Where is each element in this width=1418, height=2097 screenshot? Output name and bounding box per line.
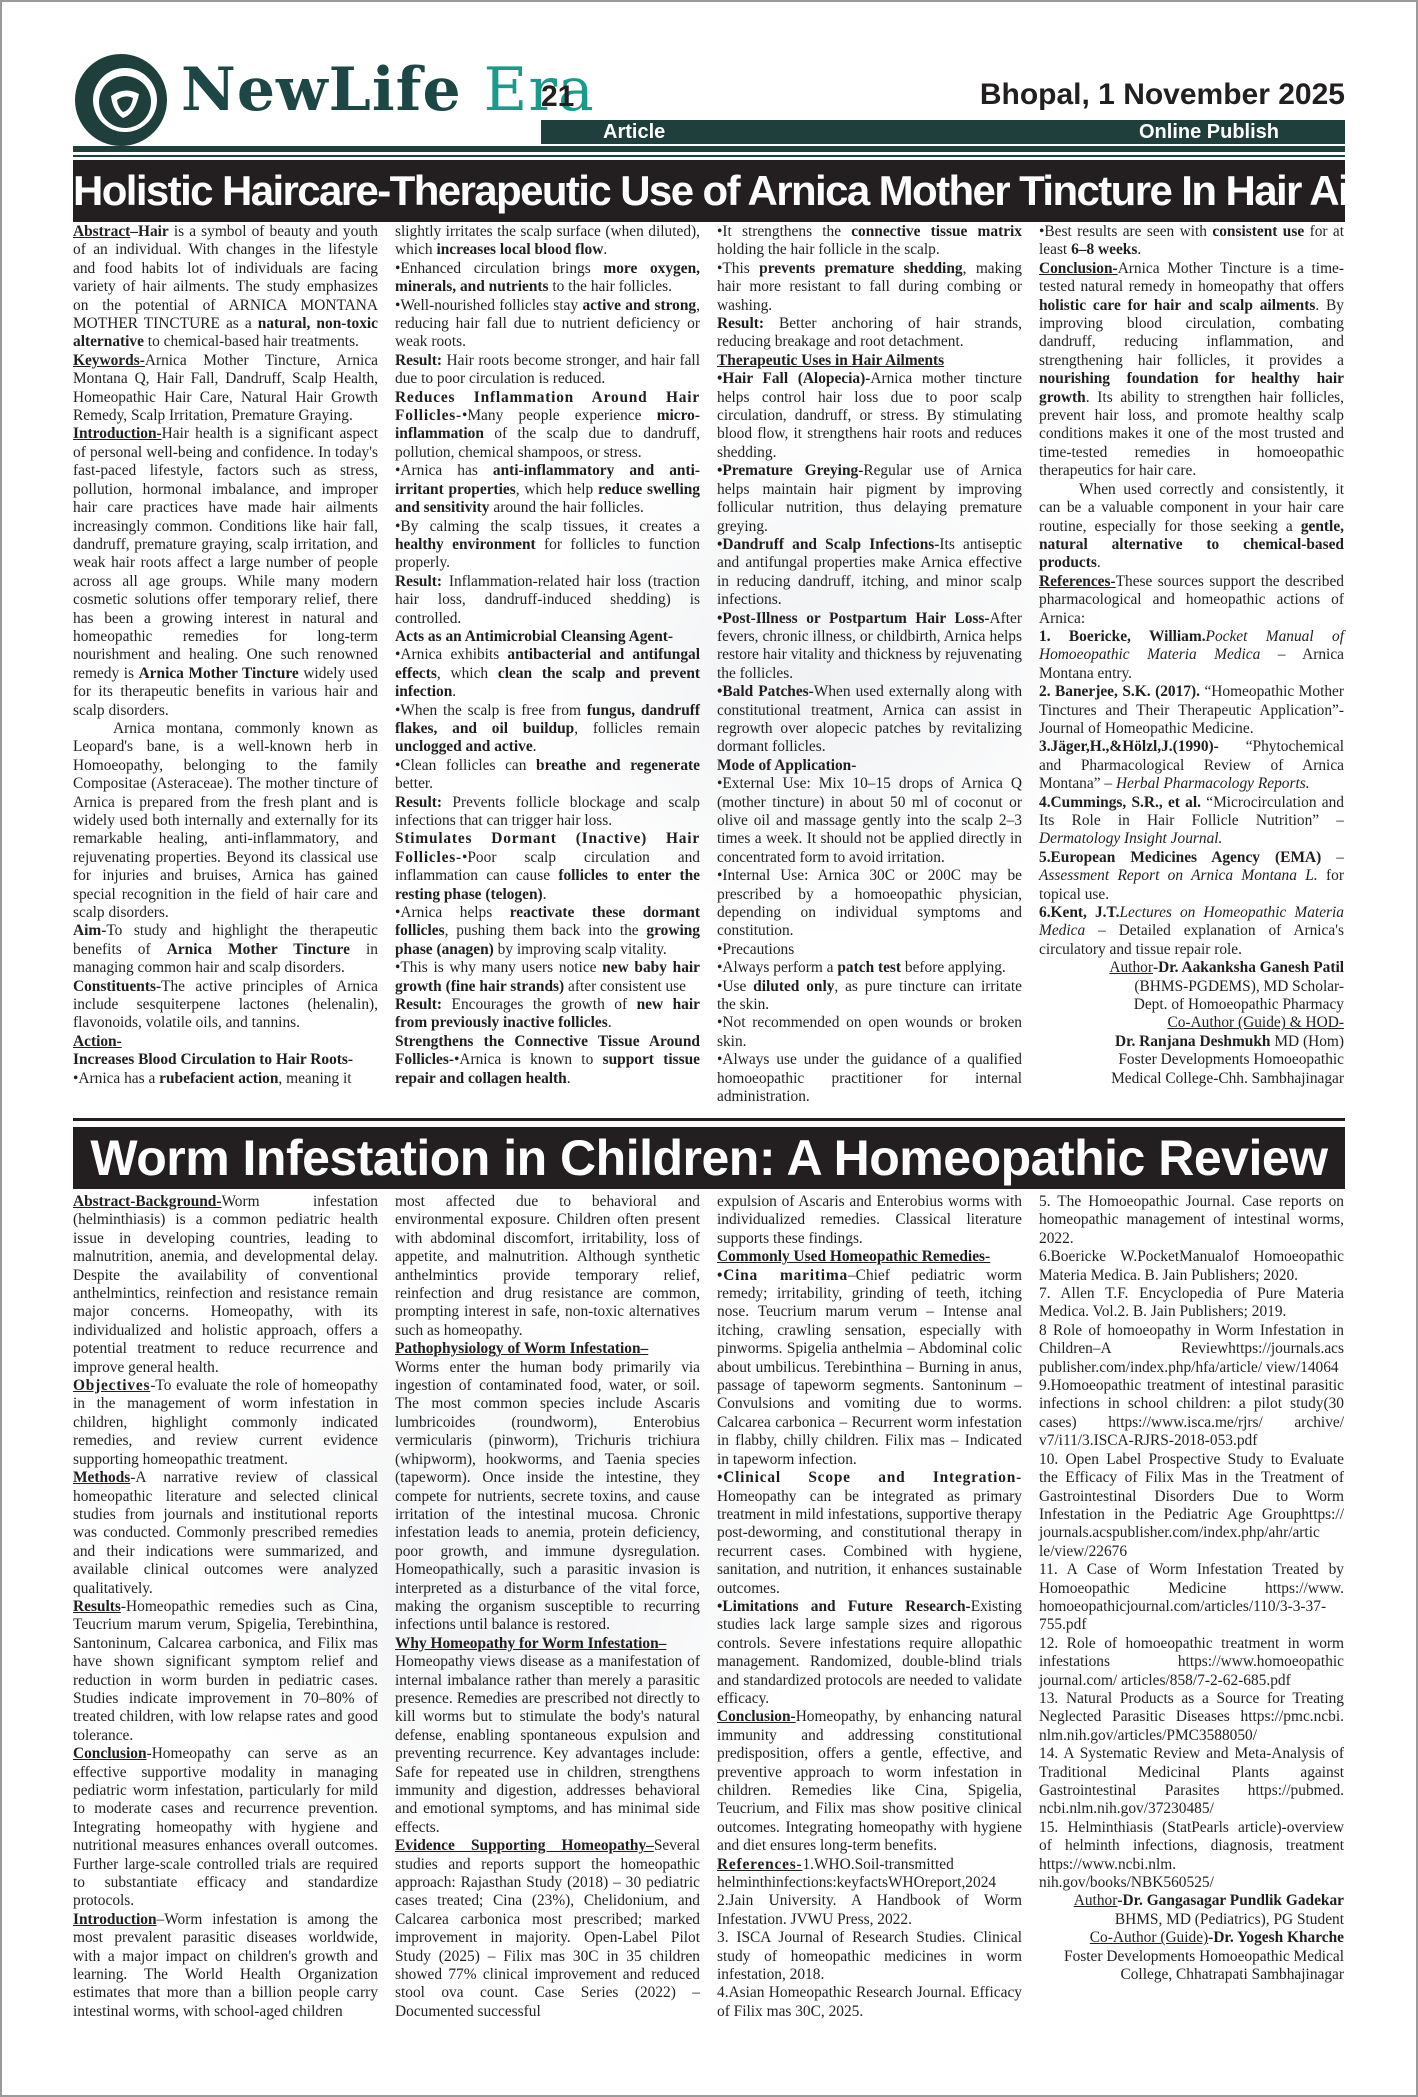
author-name: -Dr. Gangasagar Pundlik Gadekar [1117, 1892, 1344, 1909]
mode-of-application-heading: Mode of Application- [717, 757, 1022, 775]
reference-item: 5.European Medicines Agency (EMA) – Asse… [1039, 849, 1344, 904]
coauthor-label: Co-Author (Guide) [1090, 1929, 1208, 1946]
article-1-column-1: Abstract–Hair is a symbol of beauty and … [73, 223, 378, 1113]
external-use: •External Use: Mix 10–15 drops of Arnica… [717, 775, 1022, 867]
use-label: •Dandruff and Scalp Infections- [717, 536, 939, 553]
pathophysiology-text: Worms enter the human body primarily via… [395, 1359, 700, 1635]
bullet-text: •Best results are seen with [1039, 223, 1212, 240]
bullet-text: •Enhanced circulation brings [395, 260, 603, 277]
text: better. [395, 775, 433, 792]
antimicrobial-heading: Acts as an Antimicrobial Cleansing Agent… [395, 628, 700, 646]
action-subheading: Increases Blood Circulation to Hair Root… [73, 1051, 378, 1069]
abstract-label: Abstract [73, 223, 130, 240]
results-label: Results [73, 1598, 121, 1615]
use-item: •Dandruff and Scalp Infections-Its antis… [717, 536, 1022, 610]
section-label: Article [603, 120, 665, 144]
masthead: NewLife Era 21 Bhopal, 1 November 2025 A… [73, 52, 1345, 152]
introduction-label: Introduction- [73, 425, 162, 442]
text: , follicles remain [574, 720, 700, 737]
bullet-text: •When the scalp is free from [395, 702, 587, 719]
college-name: Foster Developments Homoeopathic Medical [1039, 1948, 1344, 1966]
emphasis: holistic care for hair and scalp ailment… [1039, 297, 1315, 314]
results-text: -Homeopathic remedies such as Cina, Teuc… [73, 1598, 378, 1744]
article-2-body: Abstract-Background-Worm infestation (he… [73, 1193, 1345, 2053]
action-text: •Arnica has a [73, 1070, 159, 1087]
reference-journal: Herbal Pharmacology Reports. [1116, 775, 1310, 792]
coauthor-degree: MD (Hom) [1270, 1033, 1344, 1050]
author-credentials: (BHMS-PGDEMS), MD Scholar- [1039, 978, 1344, 996]
article-1-column-3: •It strengthens the connective tissue ma… [717, 223, 1022, 1113]
college-location: College, Chhatrapati Sambhajinagar [1039, 1966, 1344, 1984]
result-text: Encourages the growth of [442, 996, 637, 1013]
article-2-headline: Worm Infestation in Children: A Homeopat… [73, 1127, 1345, 1189]
masthead-rule-thin [73, 155, 1345, 157]
bullet-text: •This [717, 260, 759, 277]
bullet-text: •Arnica has [395, 462, 493, 479]
page-number: 21 [541, 80, 574, 114]
action-heading: Action- [73, 1033, 378, 1051]
reference-item: 4.Asian Homeopathic Research Journal. Ef… [717, 1984, 1022, 2021]
reference-item: 5. The Homoeopathic Journal. Case report… [1039, 1193, 1344, 1248]
masthead-rule [73, 146, 1345, 152]
reference-text: – Detailed explanation of Arnica's circu… [1039, 922, 1344, 957]
bullet-text: •Many people experience [462, 407, 657, 424]
text: , pushing them back into the [445, 922, 647, 939]
emphasis: prevents premature shedding [759, 260, 962, 277]
reference-item: 8 Role of homoeopathy in Worm Infestatio… [1039, 1322, 1344, 1377]
aim-label: Aim- [73, 922, 106, 939]
text: , which help [516, 481, 598, 498]
reference-item: 14. A Systematic Review and Meta-Analysi… [1039, 1745, 1344, 1819]
arnica-description: Arnica montana, commonly known as Leopar… [73, 720, 378, 922]
text: . [608, 1014, 612, 1031]
text: after consistent use [564, 978, 686, 995]
precaution-item: •Not recommended on open wounds or broke… [717, 1014, 1022, 1051]
action-emphasis: rubefacient action [159, 1070, 278, 1087]
author-name: -Dr. Aakanksha Ganesh Patil [1153, 959, 1344, 976]
text: . [1097, 554, 1101, 571]
use-item: •Post-Illness or Postpartum Hair Loss-Af… [717, 610, 1022, 684]
reference-author: 6.Kent, J.T. [1039, 904, 1119, 921]
keywords-label: Keywords- [73, 352, 145, 369]
text: . [543, 886, 547, 903]
references-label: References- [717, 1856, 802, 1873]
abstract-text: Worm infestation (helminthiasis) is a co… [73, 1193, 378, 1376]
precaution-item: •Always use under the guidance of a qual… [717, 1051, 1022, 1106]
reference-author: 3.Jäger,H.,&Hölzl,J.(1990)- [1039, 738, 1219, 755]
conclusion-label: Conclusion- [1039, 260, 1118, 277]
author-credentials: BHMS, MD (Pediatrics), PG Student [1039, 1911, 1344, 1929]
action-tail: , meaning it [278, 1070, 351, 1087]
emphasis: breathe and regenerate [536, 757, 700, 774]
reference-item: 2. Banerjee, S.K. (2017). “Homeopathic M… [1039, 683, 1344, 738]
bullet-text: •Arnica is known to [454, 1051, 603, 1068]
pathophysiology-heading: Pathophysiology of Worm Infestation– [395, 1340, 700, 1358]
college-location: Medical College-Chh. Sambhajinagar [1039, 1070, 1344, 1088]
introduction-label: Introduction [73, 1911, 157, 1928]
reference-journal: Dermatology Insight Journal. [1039, 830, 1222, 847]
article-divider [73, 1118, 1345, 1121]
conclusion-label: Conclusion- [717, 1708, 796, 1725]
result-label: Result: [395, 794, 442, 811]
article-1-column-2: slightly irritates the scalp surface (wh… [395, 223, 700, 1113]
reference-item: 1. Boericke, William.Pocket Manual of Ho… [1039, 628, 1344, 683]
newlife-leaf-logo-icon [73, 52, 169, 148]
article-2-column-2: most affected due to behavioral and envi… [395, 1193, 700, 2053]
text: . [567, 1070, 571, 1087]
article-2-column-1: Abstract-Background-Worm infestation (he… [73, 1193, 378, 2053]
use-item: •Hair Fall (Alopecia)-Arnica mother tinc… [717, 370, 1022, 462]
conclusion-text: -Homeopathy can serve as an effective su… [73, 1745, 378, 1909]
objectives-label: Objectives [73, 1377, 150, 1394]
article-2-column-4: 5. The Homoeopathic Journal. Case report… [1039, 1193, 1344, 2053]
publish-label: Online Publish [1139, 120, 1279, 144]
reference-item: 11. A Case of Worm Infestation Treated b… [1039, 1561, 1344, 1635]
methods-label: Methods [73, 1469, 130, 1486]
introduction-continued: most affected due to behavioral and envi… [395, 1193, 700, 1340]
coauthor-label: Co-Author (Guide) & HOD- [1039, 1014, 1344, 1032]
emphasis: 6–8 weeks [1071, 241, 1137, 258]
article-1-headline: Holistic Haircare-Therapeutic Use of Arn… [73, 160, 1345, 222]
emphasis: connective tissue matrix [851, 223, 1022, 240]
use-label: •Bald Patches- [717, 683, 814, 700]
evidence-text: Several studies and reports support the … [395, 1837, 700, 2020]
bullet-text: •This is why many users notice [395, 959, 602, 976]
clinical-scope-text: Homeopathy can be integrated as primary … [717, 1488, 1022, 1597]
remedies-heading: Commonly Used Homeopathic Remedies- [717, 1248, 1022, 1266]
emphasis: patch test [837, 959, 901, 976]
remedy-text: –Chief pediatric worm remedy; irritabili… [717, 1267, 1022, 1468]
article-2-column-3: expulsion of Ascaris and Enterobius worm… [717, 1193, 1022, 2053]
bullet-text: •Arnica exhibits [395, 646, 507, 663]
section-bar: Article Online Publish [541, 120, 1345, 144]
evidence-continued: expulsion of Ascaris and Enterobius worm… [717, 1193, 1022, 1248]
text: When used correctly and consistently, it… [1039, 481, 1344, 535]
conclusion-label: Conclusion [73, 1745, 147, 1762]
emphasis: diluted only [753, 978, 834, 995]
abstract-tail: to chemical-based hair treatments. [144, 333, 359, 350]
methods-text: -A narrative review of classical homeopa… [73, 1469, 378, 1596]
emphasis: increases local blood flow [436, 241, 603, 258]
emphasis: healthy environment [395, 536, 536, 553]
remedy-label: •Cina maritima [717, 1267, 848, 1284]
reference-text: – [1321, 849, 1344, 866]
emphasis: active and strong [582, 297, 696, 314]
article-1-body: Abstract–Hair is a symbol of beauty and … [73, 223, 1345, 1113]
use-label: •Hair Fall (Alopecia)- [717, 370, 870, 387]
reference-item: 7. Allen T.F. Encyclopedia of Pure Mater… [1039, 1285, 1344, 1322]
reference-item: 9.Homoeopathic treatment of intestinal p… [1039, 1377, 1344, 1451]
bullet-text: •Clean follicles can [395, 757, 536, 774]
reference-item: 6.Boericke W.PocketManualof Homoeopathic… [1039, 1248, 1344, 1285]
therapeutic-uses-heading: Therapeutic Uses in Hair Ailments [717, 352, 1022, 370]
author-byline: Author-Dr. Aakanksha Ganesh Patil [1039, 959, 1344, 977]
bullet-text: •Use [717, 978, 753, 995]
bullet-text: •Well-nourished follicles stay [395, 297, 582, 314]
author-department: Dept. of Homoeopathic Pharmacy [1039, 996, 1344, 1014]
bullet-text: •Arnica helps [395, 904, 510, 921]
text: , which [437, 665, 498, 682]
references-label: References- [1039, 573, 1116, 590]
coauthor-byline: Co-Author (Guide)-Dr. Yogesh Kharche [1039, 1929, 1344, 1947]
bullet-text: •Always perform a [717, 959, 837, 976]
coauthor-byline: Dr. Ranjana Deshmukh MD (Hom) [1039, 1033, 1344, 1051]
coauthor-name: -Dr. Yogesh Kharche [1208, 1929, 1344, 1946]
internal-use: •Internal Use: Arnica 30C or 200C may be… [717, 867, 1022, 941]
reference-author: 1. Boericke, William. [1039, 628, 1206, 645]
reference-item: 15. Helminthiasis (StatPearls article)-o… [1039, 1819, 1344, 1893]
reference-author: 5.European Medicines Agency (EMA) [1039, 849, 1321, 866]
dateline: Bhopal, 1 November 2025 [980, 78, 1345, 112]
reference-item: 2.Jain University. A Handbook of Worm In… [717, 1892, 1022, 1929]
text: to the hair follicles. [549, 278, 673, 295]
introduction-text: Hair health is a significant aspect of p… [73, 425, 378, 681]
reference-item: 13. Natural Products as a Source for Tre… [1039, 1690, 1344, 1745]
text: around the hair follicles. [490, 499, 644, 516]
use-item: •Premature Greying-Regular use of Arnica… [717, 462, 1022, 536]
aim-emphasis: Arnica Mother Tincture [167, 941, 350, 958]
article-1-column-4: •Best results are seen with consistent u… [1039, 223, 1344, 1113]
why-homeopathy-text: Homeopathy views disease as a manifestat… [395, 1653, 700, 1837]
emphasis: unclogged and active [395, 738, 533, 755]
logo-wordmark: NewLife Era [181, 60, 595, 120]
limitations-label: •Limitations and Future Research- [717, 1598, 971, 1615]
text: . [533, 738, 537, 755]
conclusion-text: Homeopathy, by enhancing natural immunit… [717, 1708, 1022, 1854]
reference-item: 3. ISCA Journal of Research Studies. Cli… [717, 1929, 1022, 1984]
result-label: Result: [395, 996, 442, 1013]
use-label: •Premature Greying- [717, 462, 863, 479]
coauthor-name: Dr. Ranjana Deshmukh [1115, 1033, 1271, 1050]
why-homeopathy-heading: Why Homeopathy for Worm Infestation– [395, 1635, 700, 1653]
text: . [603, 241, 607, 258]
reference-author: 4.Cummings, S.R., et al. [1039, 794, 1201, 811]
precautions-heading: •Precautions [717, 941, 1022, 959]
author-label: Author [1074, 1892, 1118, 1909]
reference-journal: Assessment Report on Arnica Montana L. [1039, 867, 1318, 884]
result-label: Result: [395, 352, 442, 369]
result-label: Result: [717, 315, 764, 332]
abstract-label: Abstract-Background- [73, 1193, 222, 1210]
reference-item: 6.Kent, J.T.Lectures on Homeopathic Mate… [1039, 904, 1344, 959]
reference-author: 2. Banerjee, S.K. (2017). [1039, 683, 1200, 700]
text: before applying. [901, 959, 1006, 976]
use-item: •Bald Patches-When used externally along… [717, 683, 1022, 757]
reference-item: 12. Role of homoeopathic treatment in wo… [1039, 1635, 1344, 1690]
result-label: Result: [395, 573, 442, 590]
text: . [1137, 241, 1141, 258]
reference-item: 10. Open Label Prospective Study to Eval… [1039, 1451, 1344, 1561]
author-label: Author [1109, 959, 1153, 976]
constituents-label: Constituents- [73, 978, 161, 995]
evidence-heading: Evidence Supporting Homeopathy– [395, 1837, 654, 1854]
clinical-scope-label: •Clinical Scope and Integration- [717, 1469, 1022, 1486]
text: holding the hair follicle in the scalp. [717, 241, 940, 258]
author-byline: Author-Dr. Gangasagar Pundlik Gadekar [1039, 1892, 1344, 1910]
introduction-emphasis: Arnica Mother Tincture [139, 665, 299, 682]
abstract-lead: –Hair [130, 223, 168, 240]
reference-item: 4.Cummings, S.R., et al. “Microcirculati… [1039, 794, 1344, 849]
bullet-text: •By calming the scalp tissues, it create… [395, 518, 700, 535]
text: by improving scalp vitality. [494, 941, 667, 958]
use-label: •Post-Illness or Postpartum Hair Loss- [717, 610, 990, 627]
bullet-text: •It strengthens the [717, 223, 851, 240]
college-name: Foster Developments Homoeopathic [1039, 1051, 1344, 1069]
reference-item: 3.Jäger,H.,&Hölzl,J.(1990)- “Phytochemic… [1039, 738, 1344, 793]
emphasis: consistent use [1212, 223, 1304, 240]
text: . [452, 683, 456, 700]
